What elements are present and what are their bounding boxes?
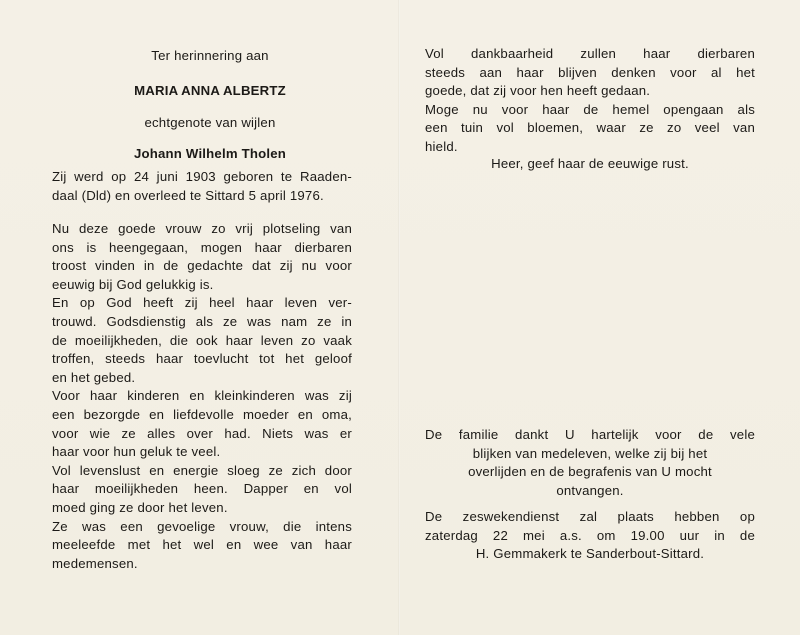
text-line: troost vinden in de gedachte dat zij nu … xyxy=(52,257,352,276)
text-line: hield. xyxy=(425,138,755,157)
text-line: de moeilijkheden, die ook haar leven zo … xyxy=(52,332,352,351)
service-paragraph: De zeswekendienst zal plaats hebben op z… xyxy=(425,508,755,564)
text-line: Vol levenslust en energie sloeg ze zich … xyxy=(52,462,352,481)
text-line: De familie dankt U hartelijk voor de vel… xyxy=(425,426,755,445)
text-line: haar voor hun geluk te veel. xyxy=(52,443,352,462)
text-line: H. Gemmakerk te Sanderbout-Sittard. xyxy=(425,545,755,564)
thanks-paragraph: De familie dankt U hartelijk voor de vel… xyxy=(425,426,755,500)
text-line: eeuwig bij God gelukkig is. xyxy=(52,276,352,295)
birth-death-paragraph: Zij werd op 24 juni 1903 geboren te Raad… xyxy=(52,168,352,205)
card-fold xyxy=(398,0,400,635)
gratitude-paragraph: Vol dankbaarheid zullen haar dierbaren s… xyxy=(425,45,755,157)
text-line: een bezorgde en liefdevolle moeder en om… xyxy=(52,406,352,425)
text-line: moed ging ze door het leven. xyxy=(52,499,352,518)
text-line: Voor haar kinderen en kleinkinderen was … xyxy=(52,387,352,406)
text-line: Nu deze goede vrouw zo vrij plotseling v… xyxy=(52,220,352,239)
biography-paragraph: Nu deze goede vrouw zo vrij plotseling v… xyxy=(52,220,352,573)
relation-text: echtgenote van wijlen xyxy=(64,114,356,133)
text-line: goede, dat zij voor hen heeft gedaan. xyxy=(425,82,755,101)
memorial-heading: Ter herinnering aan xyxy=(64,47,356,66)
text-line: een tuin vol bloemen, waar ze zo veel va… xyxy=(425,119,755,138)
text-line: haar moeilijkheden heen. Dapper en vol xyxy=(52,480,352,499)
text-line: troffen, steeds haar toevlucht tot het g… xyxy=(52,350,352,369)
text-line: zaterdag 22 mei a.s. om 19.00 uur in de xyxy=(425,527,755,546)
text-line: Ze was een gevoelige vrouw, die intens xyxy=(52,518,352,537)
text-line: voor wie ze alles over had. Niets was er xyxy=(52,425,352,444)
text-line: trouwd. Godsdienstig als ze was nam ze i… xyxy=(52,313,352,332)
text-line: Zij werd op 24 juni 1903 geboren te Raad… xyxy=(52,168,352,187)
text-line: overlijden en de begrafenis van U mocht xyxy=(425,463,755,482)
prayer-text: Heer, geef haar de eeuwige rust. xyxy=(425,155,755,174)
text-line: steeds aan haar blijven denken voor al h… xyxy=(425,64,755,83)
text-line: blijken van medeleven, welke zij bij het xyxy=(425,445,755,464)
text-line: medemensen. xyxy=(52,555,352,574)
text-line: En op God heeft zij heel haar leven ver- xyxy=(52,294,352,313)
text-line: ontvangen. xyxy=(425,482,755,501)
text-line: ons is heengegaan, mogen haar dierbaren xyxy=(52,239,352,258)
text-line: daal (Dld) en overleed te Sittard 5 apri… xyxy=(52,187,352,206)
deceased-name: MARIA ANNA ALBERTZ xyxy=(64,82,356,101)
text-line: meeleefde met het wel en wee van haar xyxy=(52,536,352,555)
text-line: De zeswekendienst zal plaats hebben op xyxy=(425,508,755,527)
text-line: Moge nu voor haar de hemel opengaan als xyxy=(425,101,755,120)
spouse-name: Johann Wilhelm Tholen xyxy=(64,145,356,164)
memorial-card: Ter herinnering aan MARIA ANNA ALBERTZ e… xyxy=(0,0,800,635)
text-line: en het gebed. xyxy=(52,369,352,388)
text-line: Vol dankbaarheid zullen haar dierbaren xyxy=(425,45,755,64)
